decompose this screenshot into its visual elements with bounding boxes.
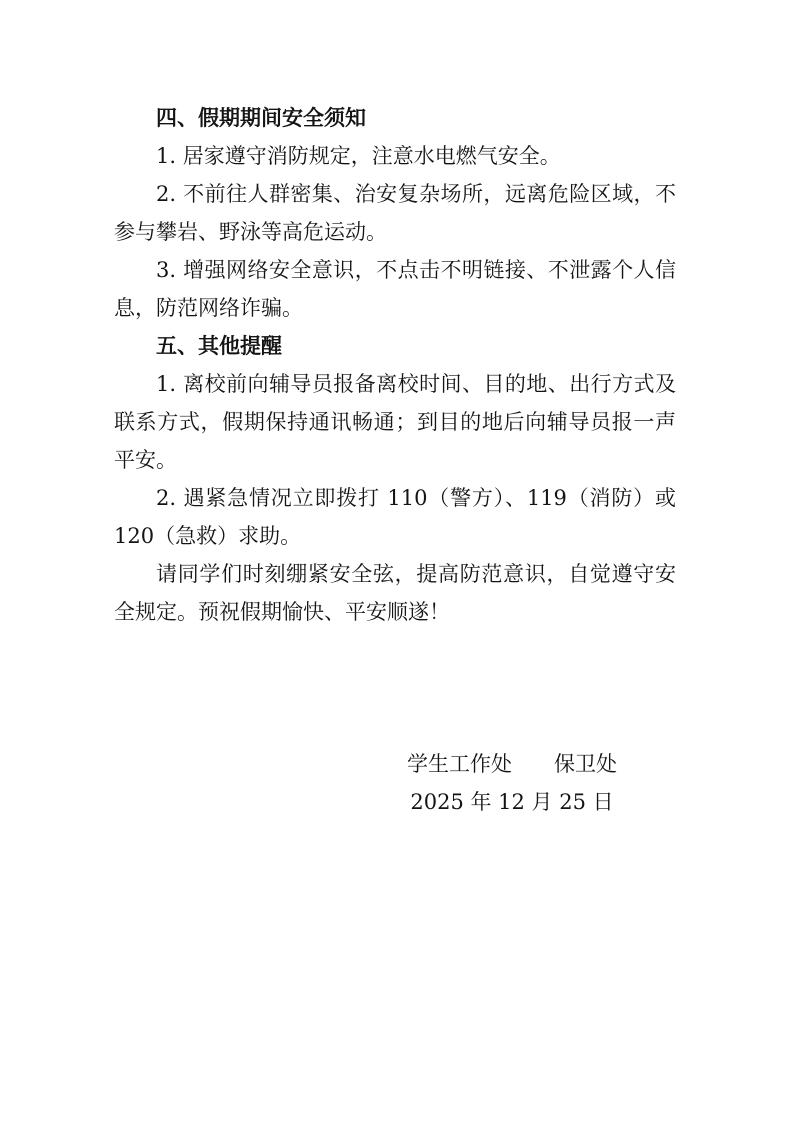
section-heading-holiday-safety-notes: 四、假期期间安全须知 — [114, 99, 676, 137]
section5-item-1: 1. 离校前向辅导员报备离校时间、目的地、出行方式及联系方式，假期保持通讯畅通；… — [114, 365, 676, 479]
document-page: 四、假期期间安全须知 1. 居家遵守消防规定，注意水电燃气安全。 2. 不前往人… — [0, 0, 793, 1122]
signature-departments: 学生工作处 保卫处 — [362, 745, 662, 783]
section5-item-2: 2. 遇紧急情况立即拨打 110（警方）、119（消防）或 120（急救）求助。 — [114, 479, 676, 555]
section4-item-3: 3. 增强网络安全意识，不点击不明链接、不泄露个人信息，防范网络诈骗。 — [114, 251, 676, 327]
signature-block: 学生工作处 保卫处 2025 年 12 月 25 日 — [362, 745, 662, 821]
signature-date: 2025 年 12 月 25 日 — [362, 783, 662, 821]
section4-item-1: 1. 居家遵守消防规定，注意水电燃气安全。 — [114, 137, 676, 175]
section4-item-2: 2. 不前往人群密集、治安复杂场所，远离危险区域，不参与攀岩、野泳等高危运动。 — [114, 175, 676, 251]
document-content: 四、假期期间安全须知 1. 居家遵守消防规定，注意水电燃气安全。 2. 不前往人… — [114, 99, 676, 821]
closing-paragraph: 请同学们时刻绷紧安全弦，提高防范意识，自觉遵守安全规定。预祝假期愉快、平安顺遂！ — [114, 555, 676, 631]
section-heading-other-reminders: 五、其他提醒 — [114, 327, 676, 365]
